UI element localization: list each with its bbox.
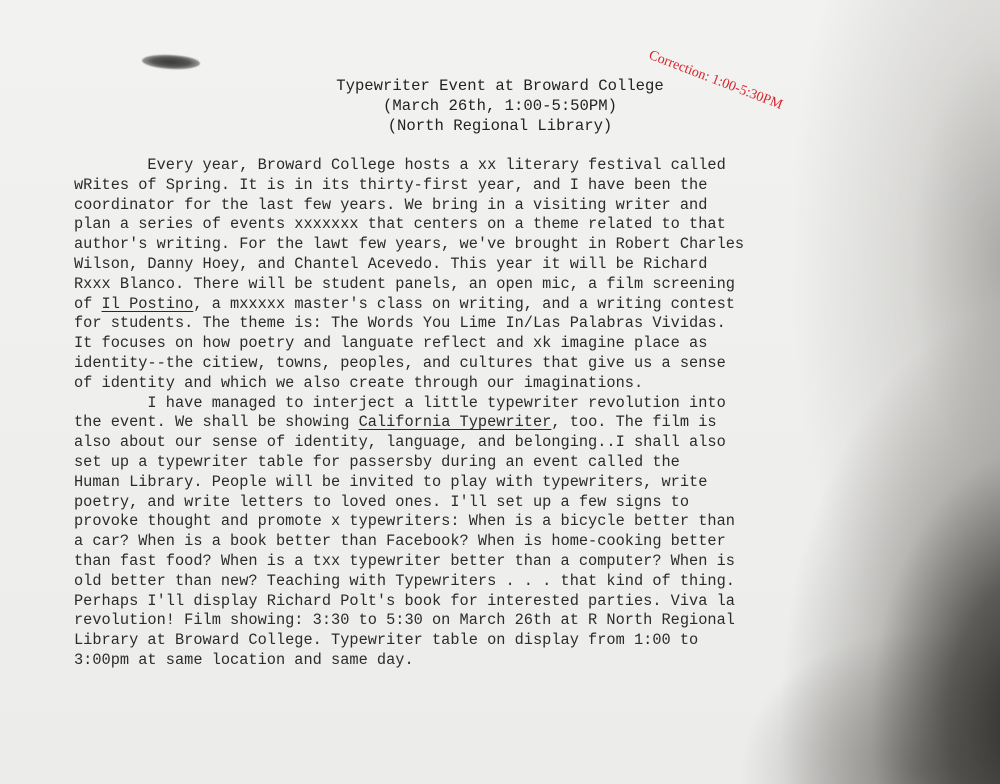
body-line: Every year, Broward College hosts a xx l… (74, 156, 894, 176)
body-line: wRites of Spring. It is in its thirty-fi… (74, 176, 894, 196)
body-line: a car? When is a book better than Facebo… (74, 532, 894, 552)
body-line: revolution! Film showing: 3:30 to 5:30 o… (74, 611, 894, 631)
body-line: of identity and which we also create thr… (74, 374, 894, 394)
body-line: coordinator for the last few years. We b… (74, 196, 894, 216)
body-line: It focuses on how poetry and languate re… (74, 334, 894, 354)
body-line: author's writing. For the lawt few years… (74, 235, 894, 255)
body-line: than fast food? When is a txx typewriter… (74, 552, 894, 572)
document-title: Typewriter Event at Broward College (Mar… (0, 76, 1000, 136)
body-line: Rxxx Blanco. There will be student panel… (74, 275, 894, 295)
underlined-title: California Typewriter (359, 413, 552, 431)
body-line: for students. The theme is: The Words Yo… (74, 314, 894, 334)
title-date-line: (March 26th, 1:00-5:50PM) (0, 96, 1000, 116)
document-body: Every year, Broward College hosts a xx l… (74, 156, 894, 671)
body-line: the event. We shall be showing Californi… (74, 413, 894, 433)
body-line: plan a series of events xxxxxxx that cen… (74, 215, 894, 235)
body-line: Perhaps I'll display Richard Polt's book… (74, 592, 894, 612)
body-line: of Il Postino, a mxxxxx master's class o… (74, 295, 894, 315)
body-line: Wilson, Danny Hoey, and Chantel Acevedo.… (74, 255, 894, 275)
body-line: identity--the citiew, towns, peoples, an… (74, 354, 894, 374)
body-line: 3:00pm at same location and same day. (74, 651, 894, 671)
underlined-title: Il Postino (102, 295, 194, 313)
body-line: poetry, and write letters to loved ones.… (74, 493, 894, 513)
body-line: I have managed to interject a little typ… (74, 394, 894, 414)
body-line: set up a typewriter table for passersby … (74, 453, 894, 473)
body-line: Human Library. People will be invited to… (74, 473, 894, 493)
title-location-line: (North Regional Library) (0, 116, 1000, 136)
body-line: also about our sense of identity, langua… (74, 433, 894, 453)
title-line: Typewriter Event at Broward College (0, 76, 1000, 96)
body-line: Library at Broward College. Typewriter t… (74, 631, 894, 651)
body-line: old better than new? Teaching with Typew… (74, 572, 894, 592)
body-line: provoke thought and promote x typewriter… (74, 512, 894, 532)
